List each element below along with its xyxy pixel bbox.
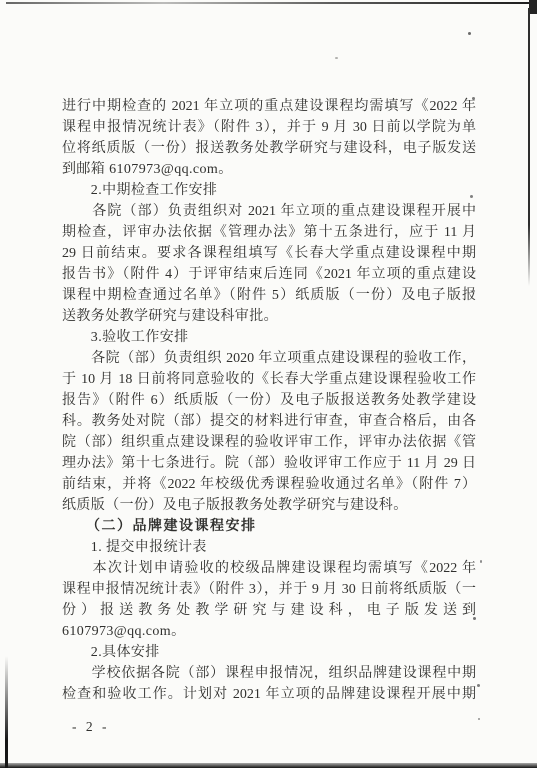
text-line: 6107973@qq.com。	[62, 621, 476, 642]
text-line: 报告》（附件 6）纸质版（一份）及电子版报送教务处教学建设	[62, 390, 476, 411]
scan-speck	[468, 32, 471, 35]
scan-speck	[480, 560, 482, 563]
text-line: 课程中期检查通过名单》（附件 5）纸质版（一份）及电子版报	[62, 285, 476, 306]
section-heading-midterm-check: 2.中期检查工作安排	[62, 180, 476, 201]
text-line: 份）报送教务处教学研究与建设科，电子版发送到	[62, 600, 476, 621]
text-line: 各院（部）负责组织对 2021 年立项的重点建设课程开展中	[62, 201, 476, 222]
scan-speck	[473, 617, 476, 620]
section-heading-acceptance: 3.验收工作安排	[62, 327, 476, 348]
text-line: 到邮箱 6107973@qq.com。	[62, 159, 476, 180]
section-heading-brand-courses: （二）品牌建设课程安排	[62, 516, 476, 537]
text-line: 学校依据各院（部）课程申报情况，组织品牌建设课程中期	[62, 663, 476, 684]
scan-speck	[473, 290, 475, 292]
section-heading-specific-arrangement: 2.具体安排	[62, 642, 476, 663]
text-line: 进行中期检查的 2021 年立项的重点建设课程均需填写《2022 年	[62, 96, 476, 117]
text-line: 前结束，并将《2022 年校级优秀课程验收通过名单》（附件 7）	[62, 474, 476, 495]
document-body: 进行中期检查的 2021 年立项的重点建设课程均需填写《2022 年 课程申报情…	[62, 96, 476, 705]
scan-edge-left	[5, 656, 8, 768]
scan-edge-right	[528, 8, 530, 286]
text-line: 院（部）组织重点建设课程的验收评审工作，评审办法依据《管	[62, 432, 476, 453]
text-line: 各院（部）负责组织 2020 年立项重点建设课程的验收工作，	[62, 348, 476, 369]
text-line: 位将纸质版（一份）报送教务处教学研究与建设科，电子版发送	[62, 138, 476, 159]
scan-edge-bottom	[0, 763, 537, 768]
section-heading-submit-form: 1. 提交申报统计表	[62, 537, 476, 558]
scan-speck	[478, 718, 480, 720]
page-number: - 2 -	[72, 719, 110, 735]
text-line: 送教务处教学研究与建设科审批。	[62, 306, 476, 327]
text-line: 29 日前结束。要求各课程组填写《长春大学重点建设课程中期	[62, 243, 476, 264]
text-line: 期检查，评审办法依据《管理办法》第十五条进行，应于 11 月	[62, 222, 476, 243]
scan-speck	[472, 97, 475, 100]
scan-speck	[335, 57, 338, 59]
text-line: 本次计划申请验收的校级品牌建设课程均需填写《2022 年	[62, 558, 476, 579]
text-line: 课程申报情况统计表》（附件 3），并于 9 月 30 日前将纸质版（一	[62, 579, 476, 600]
text-line: 理办法》第十七条进行。院（部）验收评审工作应于 11 月 29 日	[62, 453, 476, 474]
text-line: 课程申报情况统计表》（附件 3），并于 9 月 30 日前以学院为单	[62, 117, 476, 138]
text-line: 科。教务处对院（部）提交的材料进行审查，审查合格后，由各	[62, 411, 476, 432]
scan-speck	[470, 195, 473, 198]
text-line: 报告书》（附件 4）于评审结束后连同《2021 年立项的重点建设	[62, 264, 476, 285]
text-line: 检查和验收工作。计划对 2021 年立项的品牌建设课程开展中期	[62, 684, 476, 705]
scan-speck	[477, 684, 480, 687]
scan-corner-top-right	[529, 0, 537, 14]
text-line: 于 10 月 18 日前将同意验收的《长春大学重点建设课程验收工作	[62, 369, 476, 390]
text-line: 纸质版（一份）及电子版报教务处教学研究与建设科。	[62, 495, 476, 516]
scan-edge-top	[6, 2, 531, 4]
